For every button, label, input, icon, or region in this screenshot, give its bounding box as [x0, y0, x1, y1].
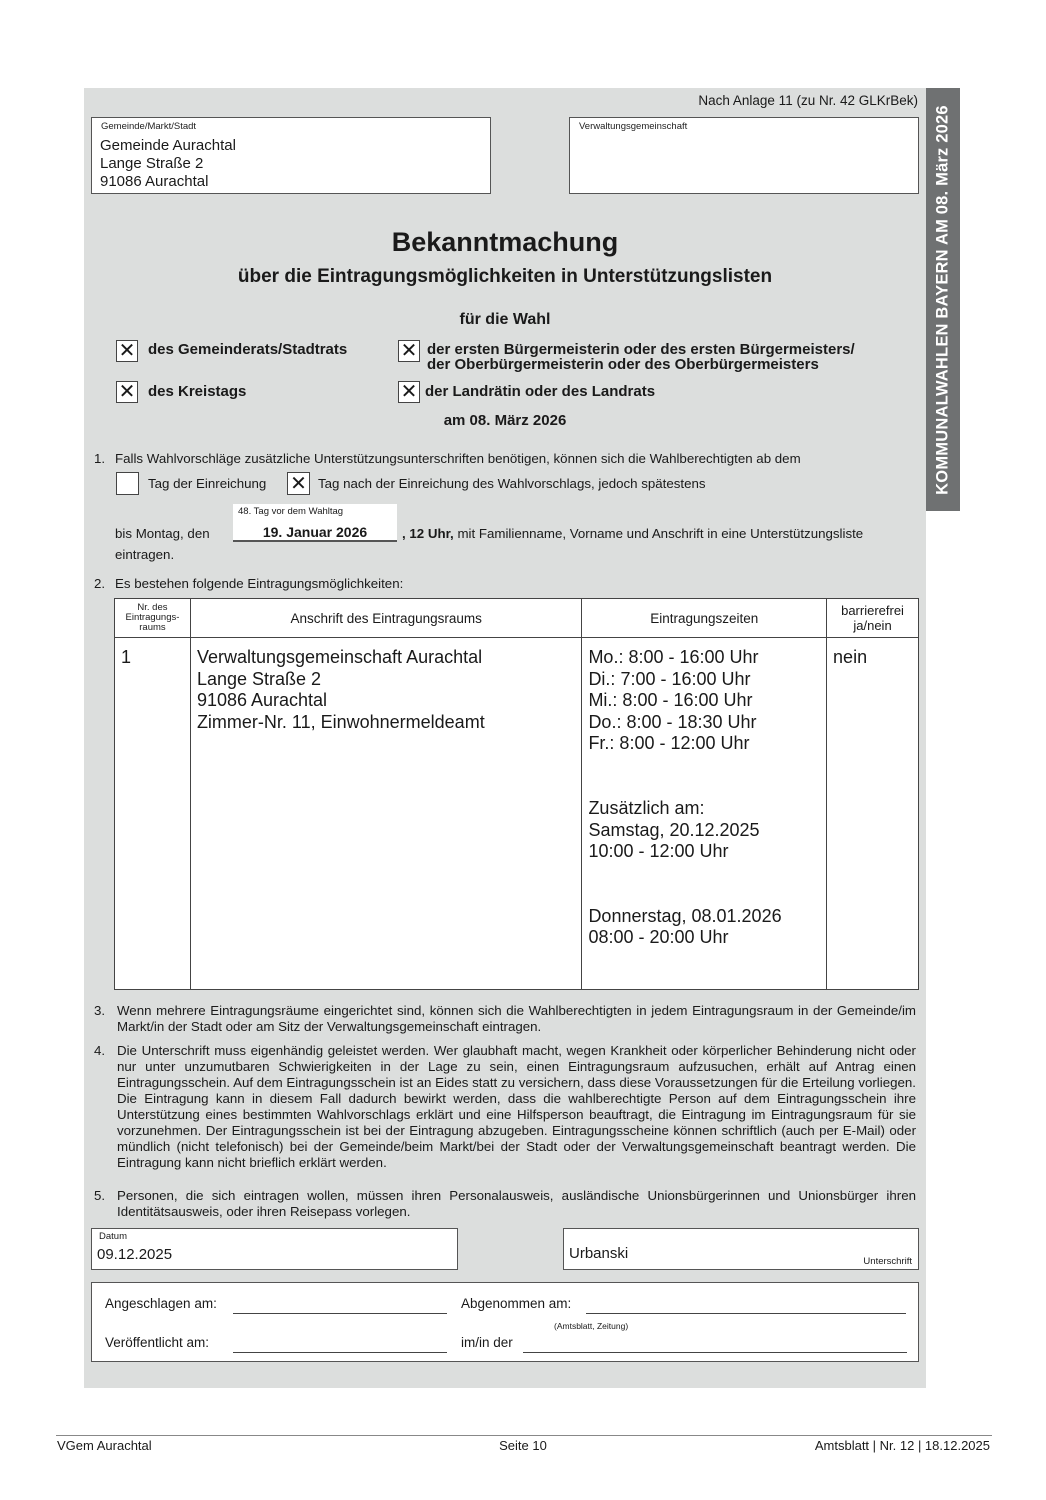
section1-text: Falls Wahlvorschläge zusätzliche Unterst…: [115, 451, 915, 467]
election-date: am 08. März 2026: [84, 412, 926, 429]
cell-times: Mo.: 8:00 - 16:00 Uhr Di.: 7:00 - 16:00 …: [582, 638, 827, 990]
gemeinde-box: Gemeinde/Markt/Stadt Gemeinde Aurachtal …: [91, 117, 491, 194]
signature-field[interactable]: Urbanski Unterschrift: [563, 1228, 919, 1270]
deadline-time: , 12 Uhr,: [402, 526, 454, 541]
check-x-icon: ✕: [119, 341, 136, 361]
check-x-icon: ✕: [290, 474, 307, 494]
gemeinde-address: Gemeinde Aurachtal Lange Straße 2 91086 …: [100, 137, 236, 191]
address-line: 91086 Aurachtal: [197, 690, 576, 712]
vgem-box: Verwaltungsgemeinschaft: [569, 117, 919, 194]
time-line: Di.: 7:00 - 16:00 Uhr: [588, 669, 820, 691]
section1-number: 1.: [94, 451, 105, 466]
table-row: 1 Verwaltungsgemeinschaft Aurachtal Lang…: [115, 638, 919, 990]
date-field-value: 09.12.2025: [97, 1246, 172, 1263]
section5-text: Personen, die sich eintragen wollen, müs…: [117, 1188, 916, 1220]
time-line: Do.: 8:00 - 18:30 Uhr: [588, 712, 820, 734]
section5-number: 5.: [94, 1188, 105, 1203]
in-hint: (Amtsblatt, Zeitung): [554, 1321, 628, 1331]
time-line: Samstag, 20.12.2025: [588, 820, 820, 842]
label-gemeinderat: des Gemeinderats/Stadtrats: [148, 342, 347, 357]
gemeinde-street: Lange Straße 2: [100, 155, 236, 173]
published-label: Veröffentlicht am:: [105, 1335, 209, 1350]
label-landrat: der Landrätin oder des Landrats: [425, 384, 655, 399]
section3-text: Wenn mehrere Eintragungsräume eingericht…: [117, 1003, 916, 1035]
until-end: eintragen.: [115, 547, 174, 563]
election-heading: für die Wahl: [84, 311, 926, 329]
until-suffix-text: mit Familienname, Vorname und Anschrift …: [457, 526, 863, 541]
page-subtitle: über die Eintragungsmöglichkeiten in Unt…: [84, 266, 926, 288]
until-suffix: , 12 Uhr, mit Familienname, Vorname und …: [402, 526, 863, 542]
spacer: [588, 863, 820, 906]
anlage-reference: Nach Anlage 11 (zu Nr. 42 GLKrBek): [698, 93, 918, 108]
signature-label: Unterschrift: [863, 1256, 912, 1267]
page-title: Bekanntmachung: [84, 227, 926, 258]
checkbox-kreistag[interactable]: ✕: [116, 381, 138, 403]
time-line: 08:00 - 20:00 Uhr: [588, 927, 820, 949]
signer-name: Urbanski: [569, 1245, 628, 1262]
section2-number: 2.: [94, 576, 105, 591]
gemeinde-name: Gemeinde Aurachtal: [100, 137, 236, 155]
removed-field[interactable]: [586, 1313, 906, 1314]
checkbox-gemeinderat[interactable]: ✕: [116, 340, 138, 362]
gemeinde-box-label: Gemeinde/Markt/Stadt: [101, 121, 196, 132]
time-line: Fr.: 8:00 - 12:00 Uhr: [588, 733, 820, 755]
footer-divider: [56, 1435, 992, 1436]
in-field[interactable]: [523, 1352, 907, 1353]
eintragungsraum-table: Nr. des Eintragungs-raums Anschrift des …: [114, 598, 919, 990]
check-x-icon: ✕: [401, 382, 418, 402]
table-header-row: Nr. des Eintragungs-raums Anschrift des …: [115, 599, 919, 638]
address-line: Lange Straße 2: [197, 669, 576, 691]
label-buergermeister-line2: der Oberbürgermeisterin oder des Oberbür…: [427, 357, 855, 372]
header-address: Anschrift des Eintragungsraums: [190, 599, 582, 638]
spacer: [588, 755, 820, 798]
label-tag-der-einreichung: Tag der Einreichung: [148, 476, 266, 492]
date-field[interactable]: Datum 09.12.2025: [91, 1228, 458, 1270]
checkbox-tag-nach-einreichung[interactable]: ✕: [287, 472, 310, 495]
footer-right: Amtsblatt | Nr. 12 | 18.12.2025: [815, 1438, 990, 1453]
header-barrierfree: barrierefrei ja/nein: [827, 599, 919, 638]
date-field-label: Datum: [99, 1231, 127, 1242]
vgem-box-label: Verwaltungsgemeinschaft: [579, 121, 687, 132]
address-line: Zimmer-Nr. 11, Einwohnermeldeamt: [197, 712, 576, 734]
until-prefix: bis Montag, den: [115, 526, 210, 542]
deadline-date-value: 19. Januar 2026: [233, 524, 397, 540]
gemeinde-city: 91086 Aurachtal: [100, 173, 236, 191]
address-line: Verwaltungsgemeinschaft Aurachtal: [197, 647, 576, 669]
deadline-hint: 48. Tag vor dem Wahltag: [238, 506, 343, 517]
checkbox-buergermeister[interactable]: ✕: [398, 340, 420, 362]
time-line: Mi.: 8:00 - 16:00 Uhr: [588, 690, 820, 712]
side-band-text: KOMMUNALWAHLEN BAYERN AM 08. März 2026: [934, 105, 953, 495]
deadline-date-field[interactable]: 48. Tag vor dem Wahltag 19. Januar 2026: [233, 504, 397, 542]
posting-box: Angeschlagen am: Abgenommen am: (Amtsbla…: [91, 1282, 919, 1362]
time-line: Zusätzlich am:: [588, 798, 820, 820]
time-line: Donnerstag, 08.01.2026: [588, 906, 820, 928]
checkbox-landrat[interactable]: ✕: [398, 381, 420, 403]
checkbox-tag-der-einreichung[interactable]: [116, 472, 139, 495]
cell-address: Verwaltungsgemeinschaft Aurachtal Lange …: [190, 638, 582, 990]
section4-text: Die Unterschrift muss eigenhändig geleis…: [117, 1043, 916, 1171]
cell-barrierfree: nein: [827, 638, 919, 990]
check-x-icon: ✕: [401, 341, 418, 361]
section4-number: 4.: [94, 1043, 105, 1058]
header-times: Eintragungszeiten: [582, 599, 827, 638]
time-line: Mo.: 8:00 - 16:00 Uhr: [588, 647, 820, 669]
label-tag-nach-einreichung: Tag nach der Einreichung des Wahlvorschl…: [318, 476, 706, 492]
check-x-icon: ✕: [119, 382, 136, 402]
section2-text: Es bestehen folgende Eintragungsmöglichk…: [115, 576, 403, 592]
label-buergermeister: der ersten Bürgermeisterin oder des erst…: [427, 342, 855, 372]
posted-label: Angeschlagen am:: [105, 1296, 217, 1311]
time-line: 10:00 - 12:00 Uhr: [588, 841, 820, 863]
side-band: KOMMUNALWAHLEN BAYERN AM 08. März 2026: [926, 88, 960, 511]
in-label: im/in der: [461, 1335, 513, 1350]
section3-number: 3.: [94, 1003, 105, 1018]
posted-field[interactable]: [233, 1313, 447, 1314]
label-buergermeister-line1: der ersten Bürgermeisterin oder des erst…: [427, 342, 855, 357]
removed-label: Abgenommen am:: [461, 1296, 571, 1311]
cell-nr: 1: [115, 638, 191, 990]
header-nr: Nr. des Eintragungs-raums: [115, 599, 191, 638]
label-kreistag: des Kreistags: [148, 384, 246, 399]
published-field[interactable]: [233, 1352, 447, 1353]
